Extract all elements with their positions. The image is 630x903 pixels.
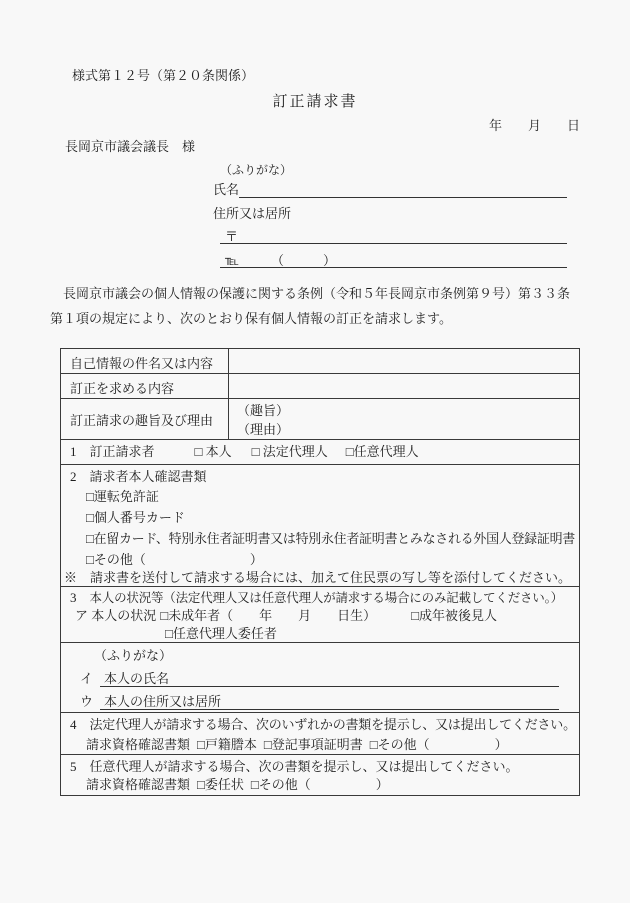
principal-status-line: ア 本人の状況□未成年者（ 年 月 日生）□成年被後見人 <box>61 607 579 625</box>
tel-input-line: ℡（ ） <box>220 254 567 268</box>
form-title: 訂正請求書 <box>50 92 580 112</box>
form-table: 自己情報の件名又は内容 訂正を求める内容 訂正請求の趣旨及び理由 （趣旨） （理… <box>60 348 580 796</box>
row-correction-value <box>229 374 579 398</box>
section-3-principal-status: 3本人の状況等（法定代理人又は任意代理人が請求する場合にのみ記載してください。）… <box>61 587 579 643</box>
form-number: 様式第１２号（第２０条関係） <box>72 68 580 84</box>
document-page: 様式第１２号（第２０条関係） 訂正請求書 年 月 日 長岡京市議会議長 様 （ふ… <box>0 0 630 903</box>
name-label: 氏名 <box>213 179 239 198</box>
tel-paren: （ ） <box>271 253 336 268</box>
section-3-number: 3 <box>70 590 77 605</box>
postal-input-line: 〒 <box>220 230 567 244</box>
address-label: 住所又は居所 <box>213 207 580 221</box>
checkbox-adult-ward: □成年被後見人 <box>411 608 497 623</box>
section-5-header: 5任意代理人が請求する場合、次の書類を提示し、又は提出してください。 <box>61 758 579 776</box>
principal-address-index: ウ <box>80 691 93 710</box>
section-1-number: 1 <box>70 444 77 459</box>
section-1-requester: 1訂正請求者□ 本人□ 法定代理人□任意代理人 <box>61 440 579 465</box>
row-purpose-label: 訂正請求の趣旨及び理由 <box>61 399 229 439</box>
principal-address-field: ウ 本人の住所又は居所 <box>61 687 559 710</box>
section-4-legal-rep-docs: 4法定代理人が請求する場合、次のいずれかの書類を提示し、又は提出してください。 … <box>61 713 579 755</box>
postal-mark-icon: 〒 <box>225 229 238 244</box>
section-1-title: 訂正請求者 <box>90 444 155 459</box>
row-correction-label: 訂正を求める内容 <box>61 374 229 398</box>
addressee-line: 長岡京市議会議長 様 <box>65 138 580 155</box>
section-4-number: 4 <box>70 717 77 732</box>
principal-name-field: イ 本人の氏名 <box>61 664 559 687</box>
principal-furigana-label: （ふりがな） <box>61 647 579 664</box>
date-line: 年 月 日 <box>50 117 580 134</box>
checkbox-power-of-attorney: □委任状 <box>197 777 244 792</box>
postal-field: 〒 <box>220 230 567 244</box>
tel-icon: ℡ <box>225 253 239 268</box>
tel-field: ℡（ ） <box>220 254 567 268</box>
checkbox-minor: □未成年者（ 年 月 日生） <box>160 608 376 623</box>
checkbox-family-register: □戸籍謄本 <box>197 737 257 752</box>
principal-name-label: 本人の氏名 <box>104 671 169 686</box>
checkbox-voluntary-rep-other: □その他（ ） <box>251 777 389 792</box>
mail-request-note: ※ 請求書を送付して請求する場合には、加えて住民票の写し等を添付してください。 <box>61 570 579 586</box>
row-correction-content: 訂正を求める内容 <box>61 374 579 399</box>
section-5-number: 5 <box>70 759 77 774</box>
section-3-title: 本人の状況等（法定代理人又は任意代理人が請求する場合にのみ記載してください。） <box>90 591 563 605</box>
checkbox-voluntary-delegator: □任意代理人委任者 <box>61 625 579 643</box>
section-4-title: 法定代理人が請求する場合、次のいずれかの書類を提示し、又は提出してください。 <box>90 717 576 732</box>
checkbox-my-number-card: □個人番号カード <box>61 507 579 528</box>
section-2-identity-docs: 2請求者本人確認書類 □運転免許証 □個人番号カード □在留カード、特別永住者証… <box>61 465 579 587</box>
section-2-header: 2請求者本人確認書類 <box>61 467 579 486</box>
checkbox-requester-self: □ 本人 <box>195 444 232 459</box>
principal-name-input-line: 本人の氏名 <box>100 671 559 687</box>
section-3-principal-identity: （ふりがな） イ 本人の氏名 ウ 本人の住所又は居所 <box>61 643 579 713</box>
qualification-docs-label: 請求資格確認書類 <box>86 737 190 752</box>
furigana-label: （ふりがな） <box>220 163 580 177</box>
section-4-header: 4法定代理人が請求する場合、次のいずれかの書類を提示し、又は提出してください。 <box>61 715 579 734</box>
row-purpose-reason: 訂正請求の趣旨及び理由 （趣旨） （理由） <box>61 399 579 440</box>
principal-address-input-line: 本人の住所又は居所 <box>100 694 559 710</box>
principal-address-label: 本人の住所又は居所 <box>104 694 221 709</box>
purpose-caption: （趣旨） <box>237 401 579 420</box>
checkbox-residence-card: □在留カード、特別永住者証明書又は特別永住者証明書とみなされる外国人登録証明書 <box>61 528 579 549</box>
section-2-title: 請求者本人確認書類 <box>90 469 207 484</box>
reason-caption: （理由） <box>237 420 579 439</box>
qualification-docs-label-2: 請求資格確認書類 <box>86 777 190 792</box>
row-subject: 自己情報の件名又は内容 <box>61 349 579 374</box>
body-line-2: 第１項の規定により、次のとおり保有個人情報の訂正を請求します。 <box>50 306 580 331</box>
checkbox-identity-other: □その他（ ） <box>61 549 579 570</box>
name-field: 氏名 <box>213 177 567 198</box>
name-input-line <box>239 197 567 198</box>
body-paragraph: 長岡京市議会の個人情報の保護に関する条例（令和５年長岡京市条例第９号）第３３条 … <box>50 281 580 331</box>
row-subject-label: 自己情報の件名又は内容 <box>61 349 229 373</box>
body-line-1: 長岡京市議会の個人情報の保護に関する条例（令和５年長岡京市条例第９号）第３３条 <box>50 281 580 306</box>
principal-name-index: イ <box>80 668 93 687</box>
checkbox-drivers-license: □運転免許証 <box>61 486 579 507</box>
row-purpose-value: （趣旨） （理由） <box>229 399 579 439</box>
section-3-header: 3本人の状況等（法定代理人又は任意代理人が請求する場合にのみ記載してください。） <box>61 589 579 607</box>
checkbox-requester-legal-rep: □ 法定代理人 <box>252 444 328 459</box>
checkbox-requester-voluntary-rep: □任意代理人 <box>346 444 419 459</box>
section-4-doc-options: 請求資格確認書類□戸籍謄本□登記事項証明書□その他（ ） <box>61 734 579 755</box>
checkbox-legal-rep-other: □その他（ ） <box>370 737 508 752</box>
section-5-title: 任意代理人が請求する場合、次の書類を提示し、又は提出してください。 <box>90 759 519 774</box>
row-subject-value <box>229 349 579 373</box>
section-2-number: 2 <box>70 469 77 484</box>
section-5-voluntary-rep-docs: 5任意代理人が請求する場合、次の書類を提示し、又は提出してください。 請求資格確… <box>61 755 579 795</box>
checkbox-registration-certificate: □登記事項証明書 <box>264 737 363 752</box>
status-sub-label: ア 本人の状況 <box>75 608 156 623</box>
section-5-doc-options: 請求資格確認書類□委任状□その他（ ） <box>61 776 579 794</box>
